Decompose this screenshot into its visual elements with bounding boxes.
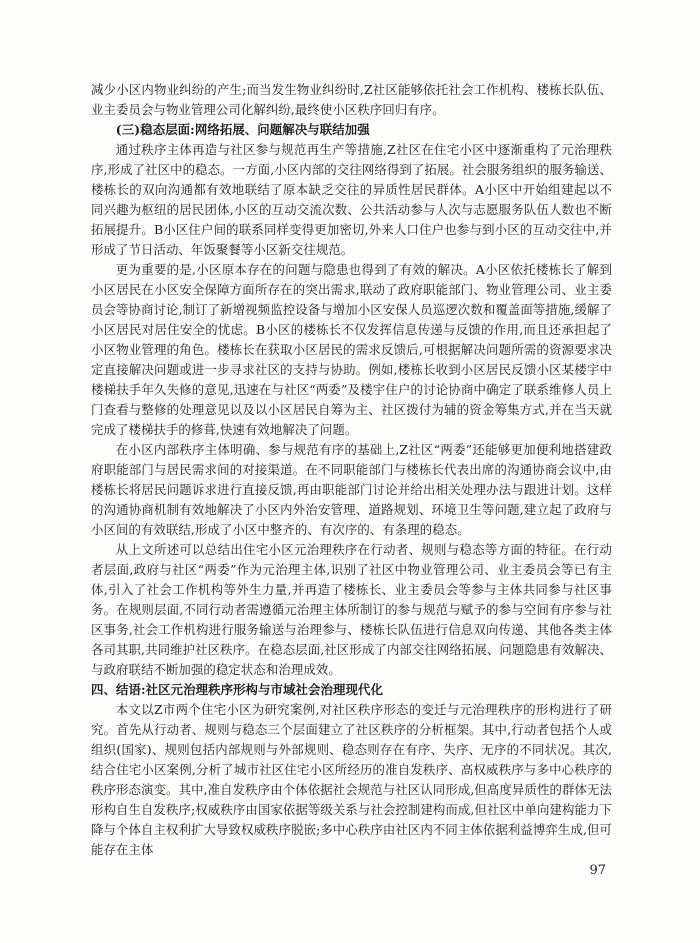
body-paragraph: 更为重要的是,小区原本存在的问题与隐患也得到了有效的解决。A小区依托楼栋长了解到… <box>91 260 612 440</box>
body-paragraph: 在小区内部秩序主体明确、参与规范有序的基础上,Z社区“两委”还能够更加便利地搭建… <box>91 440 612 540</box>
paragraph-continued: 减少小区内物业纠纷的产生;而当发生物业纠纷时,Z社区能够依托社会工作机构、楼栋长… <box>91 80 612 120</box>
paper-page: 减少小区内物业纠纷的产生;而当发生物业纠纷时,Z社区能够依托社会工作机构、楼栋长… <box>0 0 700 943</box>
body-paragraph: 从上文所述可以总结出住宅小区元治理秩序在行动者、规则与稳态等方面的特征。在行动者… <box>91 540 612 680</box>
page-number: 97 <box>91 863 612 879</box>
subsection-heading: (三)稳态层面:网络拓展、问题解决与联结加强 <box>91 120 612 140</box>
section-heading: 四、结语:社区元治理秩序形构与市域社会治理现代化 <box>91 680 612 700</box>
body-paragraph: 本文以Z市两个住宅小区为研究案例,对社区秩序形态的变迁与元治理秩序的形构进行了研… <box>91 700 612 860</box>
text-block: 减少小区内物业纠纷的产生;而当发生物业纠纷时,Z社区能够依托社会工作机构、楼栋长… <box>91 80 612 860</box>
body-paragraph: 通过秩序主体再造与社区参与规范再生产等措施,Z社区在住宅小区中逐渐重构了元治理秩… <box>91 140 612 260</box>
